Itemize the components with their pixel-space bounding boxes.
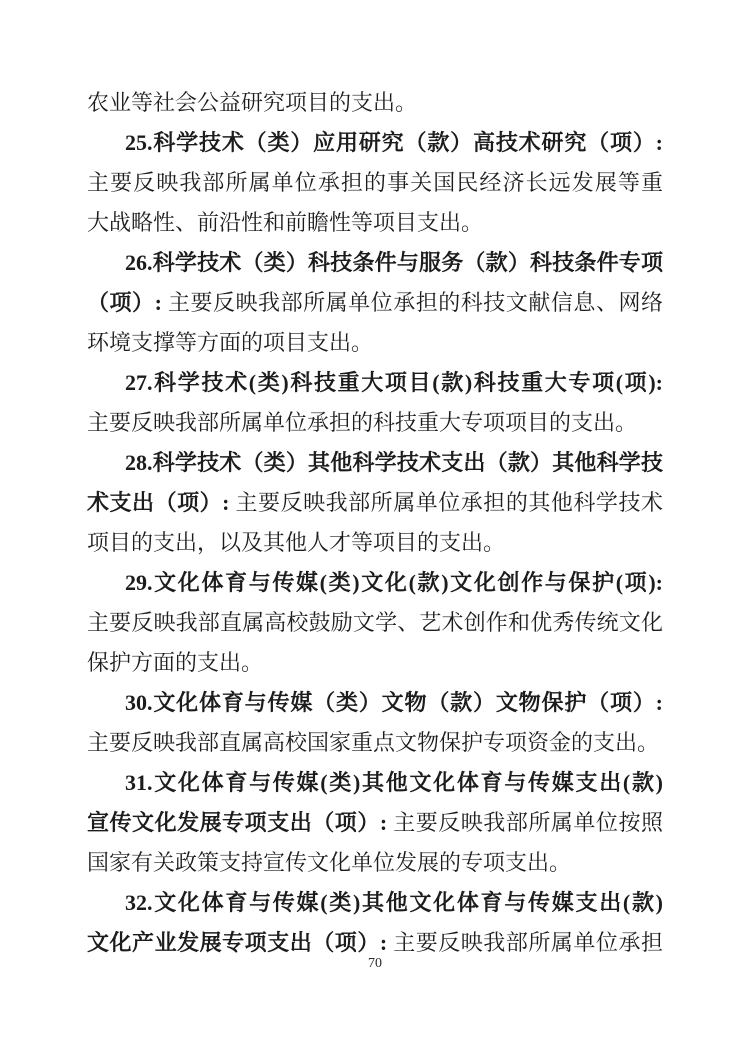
body-text-segment: 项目的支出，以及其他人才等项目的支出。	[87, 530, 505, 555]
body-text-segment: 主要反映我部所属单位按照	[393, 810, 663, 835]
item-heading-segment: 31.文化体育与传媒(类)其他文化体育与传媒支出(款)	[125, 770, 663, 795]
document-body: 农业等社会公益研究项目的支出。25.科学技术（类）应用研究（款）高技术研究（项）…	[87, 83, 663, 963]
text-line: 主要反映我部所属单位承担的事关国民经济长远发展等重	[87, 163, 663, 203]
text-line: 29.文化体育与传媒(类)文化(款)文化创作与保护(项):	[87, 563, 663, 603]
text-line: 27.科学技术(类)科技重大项目(款)科技重大专项(项):	[87, 363, 663, 403]
text-line: 主要反映我部所属单位承担的科技重大专项项目的支出。	[87, 403, 663, 443]
body-text-segment: 主要反映我部所属单位承担的其他科学技术	[236, 490, 663, 515]
page-number: 70	[0, 956, 750, 972]
document-page: 农业等社会公益研究项目的支出。25.科学技术（类）应用研究（款）高技术研究（项）…	[0, 0, 750, 1060]
item-heading-segment: 26.科学技术（类）科技条件与服务（款）科技条件专项	[125, 250, 663, 275]
text-line: 农业等社会公益研究项目的支出。	[87, 83, 663, 123]
item-heading-segment: 27.科学技术(类)科技重大项目(款)科技重大专项(项):	[125, 370, 663, 395]
text-line: 32.文化体育与传媒(类)其他文化体育与传媒支出(款)	[87, 883, 663, 923]
text-line: 国家有关政策支持宣传文化单位发展的专项支出。	[87, 843, 663, 883]
item-heading-segment: 29.文化体育与传媒(类)文化(款)文化创作与保护(项):	[125, 570, 663, 595]
text-line: 31.文化体育与传媒(类)其他文化体育与传媒支出(款)	[87, 763, 663, 803]
text-line: （项）: 主要反映我部所属单位承担的科技文献信息、网络	[87, 283, 663, 323]
text-line: 项目的支出，以及其他人才等项目的支出。	[87, 523, 663, 563]
body-text-segment: 主要反映我部所属单位承担的科技重大专项项目的支出。	[87, 410, 637, 435]
item-heading-segment: （项）:	[87, 290, 168, 315]
item-heading-segment: 术支出（项）:	[87, 490, 236, 515]
text-line: 术支出（项）: 主要反映我部所属单位承担的其他科学技术	[87, 483, 663, 523]
text-line: 25.科学技术（类）应用研究（款）高技术研究（项）:	[87, 123, 663, 163]
text-line: 主要反映我部直属高校国家重点文物保护专项资金的支出。	[87, 723, 663, 763]
item-heading-segment: 文化产业发展专项支出（项）:	[87, 930, 393, 955]
body-text-segment: 保护方面的支出。	[87, 650, 263, 675]
body-text-segment: 农业等社会公益研究项目的支出。	[87, 90, 417, 115]
text-line: 26.科学技术（类）科技条件与服务（款）科技条件专项	[87, 243, 663, 283]
body-text-segment: 主要反映我部直属高校鼓励文学、艺术创作和优秀传统文化	[87, 610, 663, 635]
body-text-segment: 主要反映我部所属单位承担的事关国民经济长远发展等重	[87, 170, 663, 195]
text-line: 28.科学技术（类）其他科学技术支出（款）其他科学技	[87, 443, 663, 483]
item-heading-segment: 宣传文化发展专项支出（项）:	[87, 810, 393, 835]
text-line: 30.文化体育与传媒（类）文物（款）文物保护（项）:	[87, 683, 663, 723]
body-text-segment: 主要反映我部所属单位承担的科技文献信息、网络	[168, 290, 663, 315]
item-heading-segment: 28.科学技术（类）其他科学技术支出（款）其他科学技	[125, 450, 663, 475]
text-line: 保护方面的支出。	[87, 643, 663, 683]
body-text-segment: 国家有关政策支持宣传文化单位发展的专项支出。	[87, 850, 571, 875]
text-line: 主要反映我部直属高校鼓励文学、艺术创作和优秀传统文化	[87, 603, 663, 643]
body-text-segment: 主要反映我部直属高校国家重点文物保护专项资金的支出。	[87, 730, 659, 755]
text-line: 环境支撑等方面的项目支出。	[87, 323, 663, 363]
item-heading-segment: 30.文化体育与传媒（类）文物（款）文物保护（项）:	[125, 690, 663, 715]
item-heading-segment: 25.科学技术（类）应用研究（款）高技术研究（项）:	[125, 130, 663, 155]
body-text-segment: 大战略性、前沿性和前瞻性等项目支出。	[87, 210, 483, 235]
text-line: 宣传文化发展专项支出（项）: 主要反映我部所属单位按照	[87, 803, 663, 843]
body-text-segment: 主要反映我部所属单位承担	[393, 930, 663, 955]
item-heading-segment: 32.文化体育与传媒(类)其他文化体育与传媒支出(款)	[125, 890, 663, 915]
body-text-segment: 环境支撑等方面的项目支出。	[87, 330, 373, 355]
text-line: 大战略性、前沿性和前瞻性等项目支出。	[87, 203, 663, 243]
